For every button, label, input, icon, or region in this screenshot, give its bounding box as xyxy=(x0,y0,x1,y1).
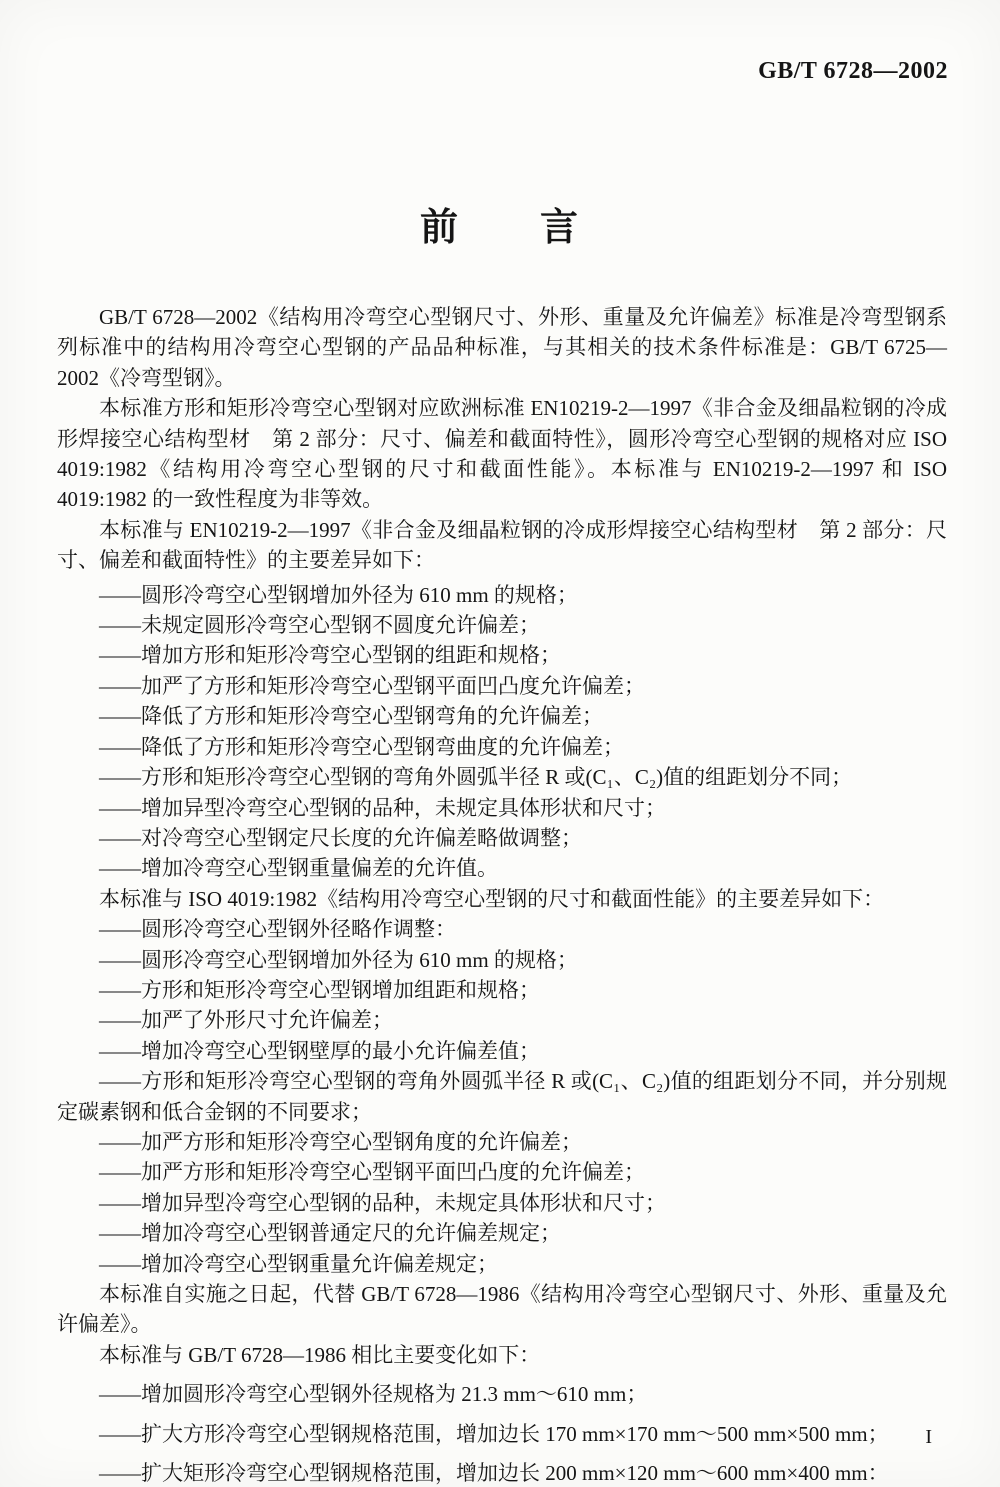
list-item: ——增加冷弯空心型钢壁厚的最小允许偏差值； xyxy=(57,1036,947,1066)
list-item: ——扩大方形冷弯空心型钢规格范围，增加边长 170 mm×170 mm～500 … xyxy=(57,1419,947,1449)
list-item: ——增加冷弯空心型钢普通定尺的允许偏差规定； xyxy=(57,1218,947,1248)
list-item: ——圆形冷弯空心型钢增加外径为 610 mm 的规格； xyxy=(57,580,947,610)
paragraph: 本标准与 ISO 4019:1982《结构用冷弯空心型钢的尺寸和截面性能》的主要… xyxy=(57,884,947,914)
list-item: ——加严了外形尺寸允许偏差； xyxy=(57,1005,947,1035)
page-number: I xyxy=(925,1426,932,1449)
paragraph: GB/T 6728—2002《结构用冷弯空心型钢尺寸、外形、重量及允许偏差》标准… xyxy=(57,302,947,393)
list-item: ——方形和矩形冷弯空心型钢增加组距和规格； xyxy=(57,975,947,1005)
paragraph: 本标准与 EN10219-2—1997《非合金及细晶粒钢的冷成形焊接空心结构型材… xyxy=(57,515,947,576)
list-item: ——增加圆形冷弯空心型钢外径规格为 21.3 mm～610 mm； xyxy=(57,1379,947,1409)
list-item: ——降低了方形和矩形冷弯空心型钢弯角的允许偏差； xyxy=(57,701,947,731)
paragraph: 本标准与 GB/T 6728—1986 相比主要变化如下： xyxy=(57,1340,947,1370)
list-item: ——方形和矩形冷弯空心型钢的弯角外圆弧半径 R 或(C₁、C₂)值的组距划分不同… xyxy=(57,1066,947,1127)
paragraph: 本标准自实施之日起，代替 GB/T 6728—1986《结构用冷弯空心型钢尺寸、… xyxy=(57,1279,947,1340)
list-item: ——圆形冷弯空心型钢增加外径为 610 mm 的规格； xyxy=(57,945,947,975)
list-item: ——圆形冷弯空心型钢外径略作调整： xyxy=(57,914,947,944)
page-title: 前 言 xyxy=(0,196,1000,251)
list-item: ——方形和矩形冷弯空心型钢的弯角外圆弧半径 R 或(C₁、C₂)值的组距划分不同… xyxy=(57,762,947,792)
list-item: ——增加异型冷弯空心型钢的品种，未规定具体形状和尺寸； xyxy=(57,1188,947,1218)
list-item: ——降低了方形和矩形冷弯空心型钢弯曲度的允许偏差； xyxy=(57,732,947,762)
list-item: ——对冷弯空心型钢定尺长度的允许偏差略做调整； xyxy=(57,823,947,853)
foreword-body: GB/T 6728—2002《结构用冷弯空心型钢尺寸、外形、重量及允许偏差》标准… xyxy=(57,302,947,1487)
list-item: ——增加方形和矩形冷弯空心型钢的组距和规格； xyxy=(57,640,947,670)
list-item: ——未规定圆形冷弯空心型钢不圆度允许偏差； xyxy=(57,610,947,640)
list-item: ——增加冷弯空心型钢重量允许偏差规定； xyxy=(57,1249,947,1279)
document-page: GB/T 6728—2002 前 言 GB/T 6728—2002《结构用冷弯空… xyxy=(0,0,1000,1487)
list-item: ——扩大矩形冷弯空心型钢规格范围，增加边长 200 mm×120 mm～600 … xyxy=(57,1458,947,1487)
list-item: ——增加异型冷弯空心型钢的品种，未规定具体形状和尺寸； xyxy=(57,793,947,823)
standard-code: GB/T 6728—2002 xyxy=(758,58,948,85)
paragraph: 本标准方形和矩形冷弯空心型钢对应欧洲标准 EN10219-2—1997《非合金及… xyxy=(57,393,947,515)
list-item: ——加严方形和矩形冷弯空心型钢平面凹凸度的允许偏差； xyxy=(57,1157,947,1187)
list-item: ——加严方形和矩形冷弯空心型钢角度的允许偏差； xyxy=(57,1127,947,1157)
list-item: ——加严了方形和矩形冷弯空心型钢平面凹凸度允许偏差； xyxy=(57,671,947,701)
list-item: ——增加冷弯空心型钢重量偏差的允许值。 xyxy=(57,853,947,883)
